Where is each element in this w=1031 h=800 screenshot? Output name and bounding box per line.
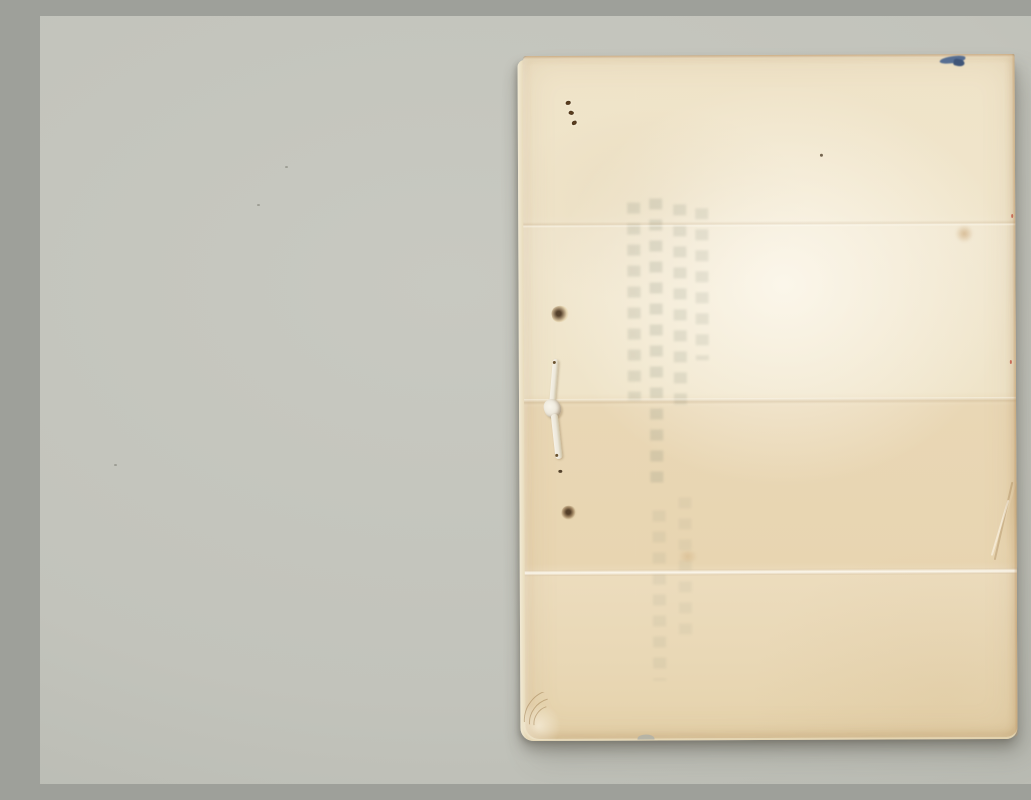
bottom-edge-notch (637, 735, 654, 740)
bleedthrough-column (627, 203, 641, 401)
cord-tip (553, 361, 556, 364)
bleedthrough-column (652, 510, 666, 680)
paper-speck (820, 154, 823, 157)
bleedthrough-column (695, 208, 709, 360)
foxing-stain (675, 551, 701, 561)
dust-speck (285, 166, 288, 168)
photo-backdrop (40, 16, 1031, 784)
cord-lower-tail (551, 414, 563, 459)
document-back-page (523, 54, 1018, 739)
cord-tip (555, 454, 558, 457)
bleedthrough-column (649, 198, 663, 490)
foxing-stain (954, 225, 974, 242)
red-fleck (1011, 214, 1013, 218)
bleedthrough-text (523, 54, 1018, 739)
dust-speck (257, 204, 260, 206)
right-edge-dog-ear (990, 474, 1017, 574)
binding-cord (542, 359, 568, 459)
bottom-left-crumple (523, 692, 573, 740)
blue-ink-smudge (940, 55, 968, 66)
red-fleck (1010, 360, 1012, 364)
dust-speck (114, 464, 117, 466)
bleedthrough-column (678, 497, 692, 637)
bleedthrough-column (673, 204, 687, 404)
ink-speck (558, 470, 562, 473)
